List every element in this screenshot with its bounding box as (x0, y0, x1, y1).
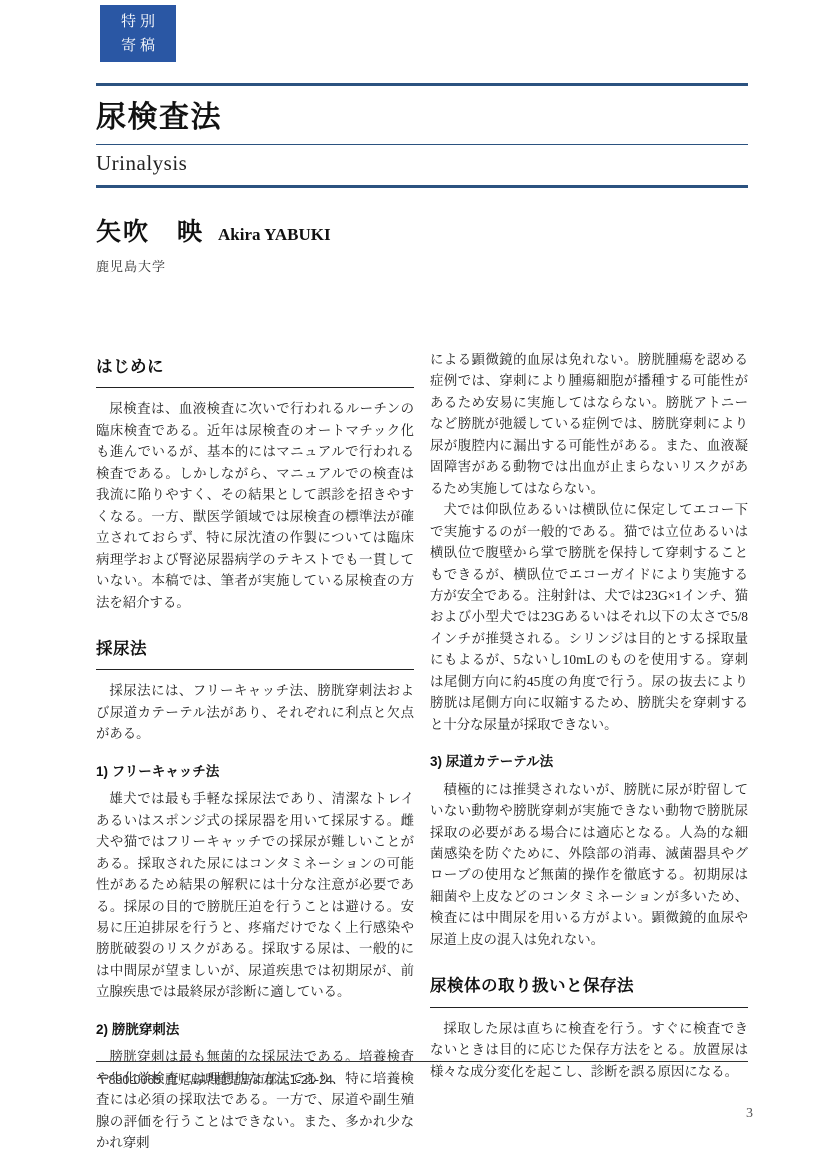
header-rule-middle (96, 144, 748, 145)
footer-rule (96, 1061, 748, 1062)
introduction-paragraph: 尿検査は、血液検査に次いで行われるルーチンの臨床検査である。近年は尿検査のオート… (96, 398, 414, 613)
article-body: はじめに 尿検査は、血液検査に次いで行われるルーチンの臨床検査である。近年は尿検… (96, 349, 748, 1154)
author-block: 矢吹 映 Akira YABUKI 鹿児島大学 (96, 212, 331, 275)
right-column: による顕微鏡的血尿は免れない。膀胱腫瘍を認める症例では、穿刺により腫瘍細胞が播種… (430, 349, 748, 1154)
subsection-heading-free-catch: 1) フリーキャッチ法 (96, 761, 414, 782)
author-name-english: Akira YABUKI (218, 225, 331, 244)
author-affiliation: 鹿児島大学 (96, 256, 331, 275)
footer: 〒890-0065 鹿児島県鹿児島市郡元1-21-24 (96, 1061, 748, 1088)
subsection-heading-cystocentesis: 2) 膀胱穿刺法 (96, 1019, 414, 1040)
urethral-catheter-paragraph: 積極的には推奨されないが、膀胱に尿が貯留していない動物や膀胱穿刺が実施できない動… (430, 779, 748, 951)
section-heading-specimen-handling: 尿検体の取り扱いと保存法 (430, 976, 748, 1007)
header-rule-top (96, 83, 748, 86)
page-number: 3 (746, 1106, 753, 1122)
left-column: はじめに 尿検査は、血液検査に次いで行われるルーチンの臨床検査である。近年は尿検… (96, 349, 414, 1154)
section-heading-urine-collection: 採尿法 (96, 639, 414, 670)
article-title-english: Urinalysis (96, 151, 187, 176)
header-rule-bottom (96, 185, 748, 188)
free-catch-paragraph: 雄犬では最も手軽な採尿法であり、清潔なトレイあるいはスポンジ式の採尿器を用いて採… (96, 788, 414, 1003)
cystocentesis-paragraph-continued: による顕微鏡的血尿は免れない。膀胱腫瘍を認める症例では、穿刺により腫瘍細胞が播種… (430, 349, 748, 499)
cystocentesis-technique-paragraph: 犬では仰臥位あるいは横臥位に保定してエコー下で実施するのが一般的である。猫では立… (430, 499, 748, 735)
document-page: 特別 寄稿 尿検査法 Urinalysis 矢吹 映 Akira YABUKI … (0, 0, 827, 1170)
author-name-japanese: 矢吹 映 (96, 219, 204, 246)
section-heading-introduction: はじめに (96, 357, 414, 388)
badge-line-2: 寄稿 (117, 34, 159, 57)
badge-line-1: 特別 (117, 10, 159, 33)
footer-address: 〒890-0065 鹿児島県鹿児島市郡元1-21-24 (96, 1070, 748, 1088)
author-line: 矢吹 映 Akira YABUKI (96, 212, 331, 248)
subsection-heading-urethral-catheter: 3) 尿道カテーテル法 (430, 751, 748, 772)
article-title: 尿検査法 (96, 92, 222, 136)
urine-collection-intro-paragraph: 採尿法には、フリーキャッチ法、膀胱穿刺法および尿道カテーテル法があり、それぞれに… (96, 680, 414, 744)
special-contribution-badge: 特別 寄稿 (100, 5, 176, 62)
